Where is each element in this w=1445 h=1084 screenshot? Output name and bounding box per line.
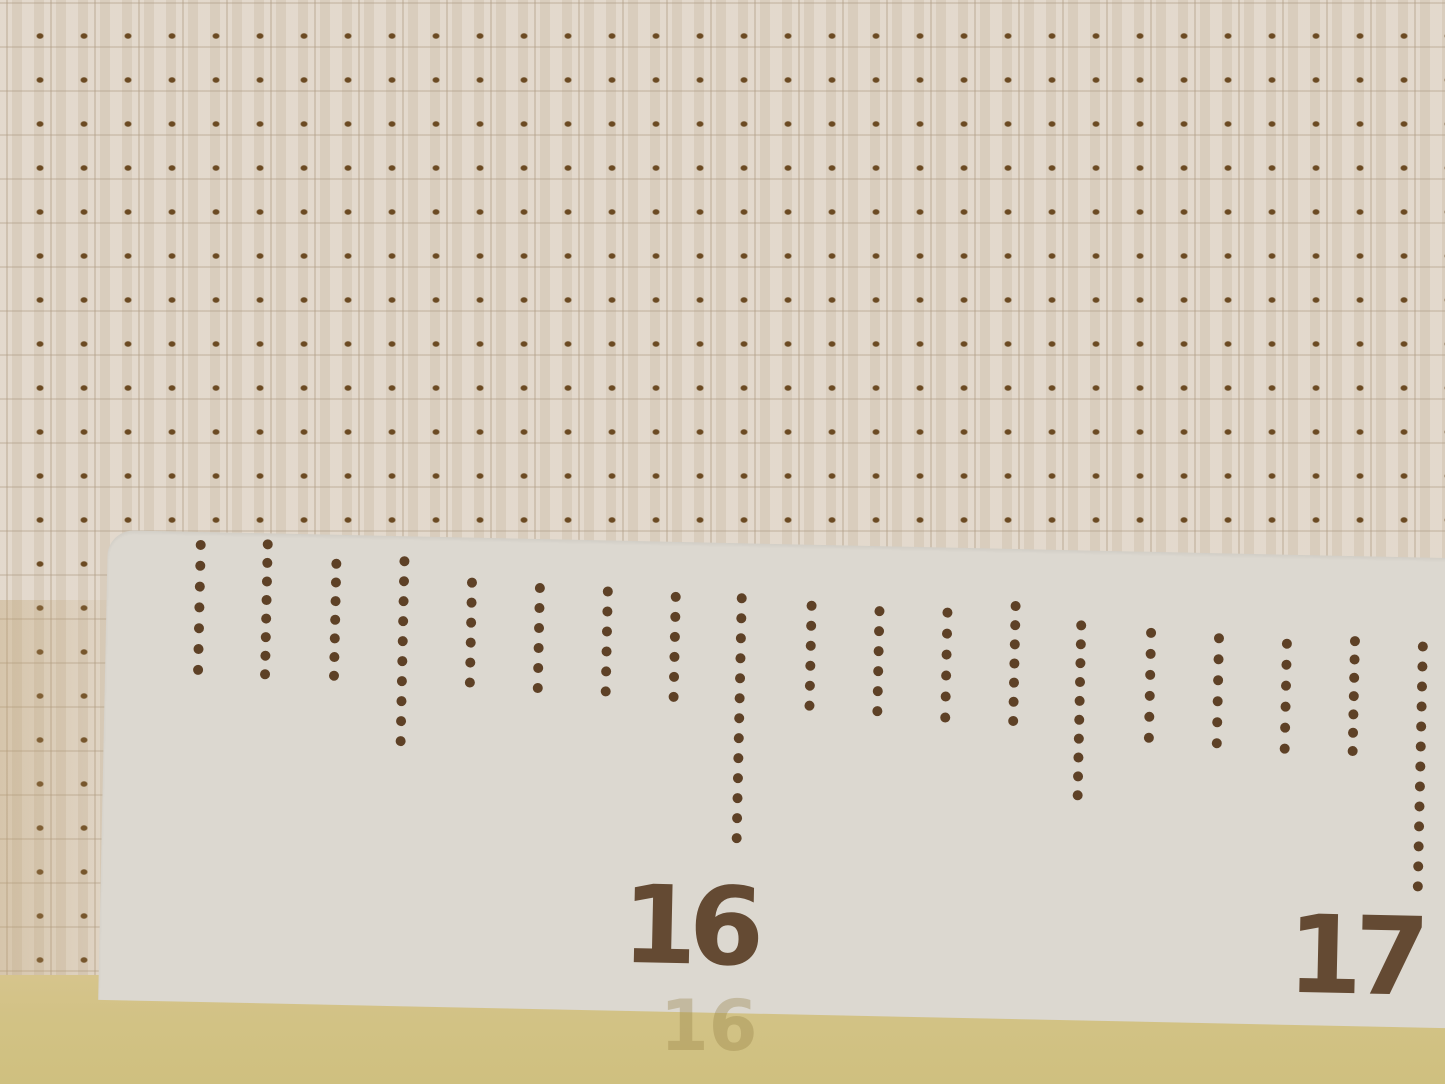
ruler-tick — [1073, 620, 1097, 800]
ruler-tick — [465, 578, 487, 688]
ruler-tick — [1348, 636, 1371, 756]
measuring-ruler: 16 17 — [98, 530, 1445, 1029]
ruler-tick — [601, 586, 623, 696]
ruler-label-17: 17 — [1286, 893, 1423, 1021]
ruler-label-16: 16 — [621, 863, 758, 991]
ruler-tick-major — [1413, 641, 1438, 891]
ruler-tick — [872, 606, 894, 716]
ruler-tick — [193, 540, 216, 675]
ruler-tick — [669, 592, 691, 702]
ruler-tick — [1212, 633, 1234, 748]
ruler-tick — [533, 583, 555, 693]
ruler-tick — [396, 556, 420, 746]
ruler-tick — [260, 539, 283, 679]
ruler-tick — [329, 559, 352, 681]
ruler-tick — [940, 607, 962, 722]
photo-scene: 16 17 16 — [0, 0, 1445, 1084]
ruler-tick-major — [732, 593, 757, 843]
ruler-tick — [1144, 628, 1166, 743]
ruler-tick — [1008, 601, 1031, 726]
ruler-label-reflection: 16 — [660, 985, 757, 1067]
ruler-tick — [1280, 639, 1302, 754]
ruler-tick — [804, 601, 826, 711]
